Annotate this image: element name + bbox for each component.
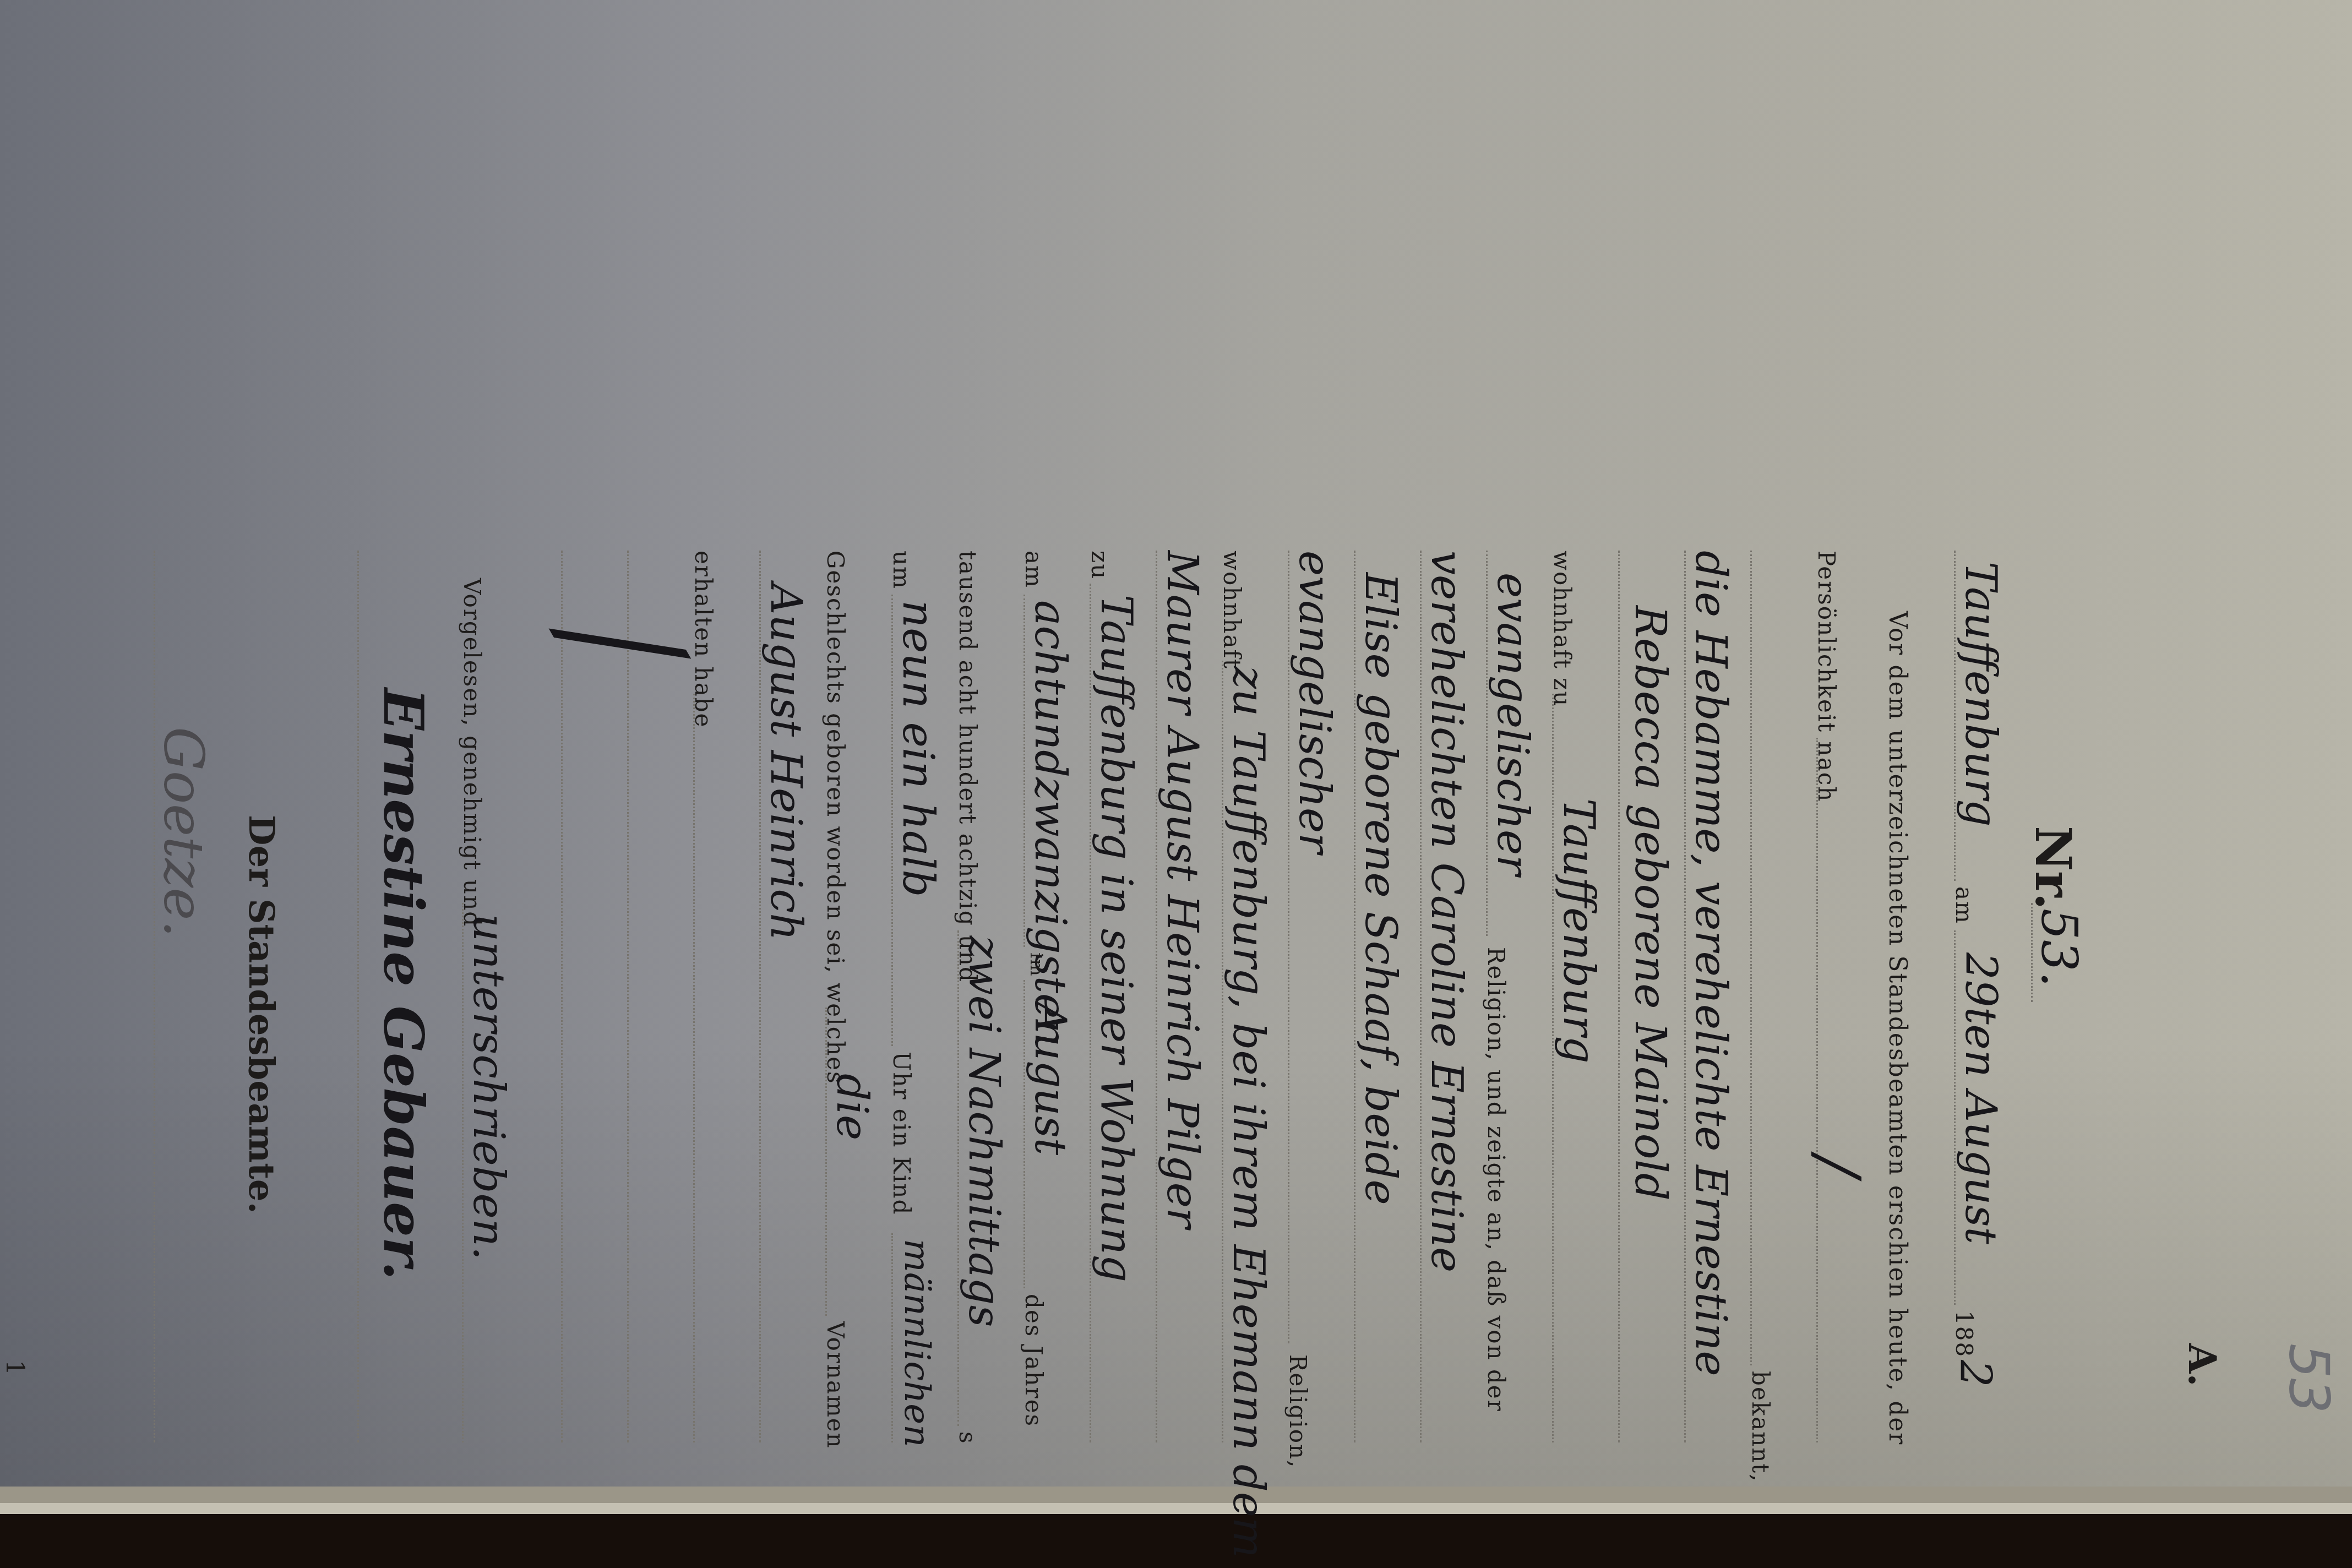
known-line	[1750, 551, 1752, 1365]
year-handwritten: 2	[1950, 1360, 2000, 1387]
informant-signature: Ernestine Gebauer.	[371, 688, 436, 1280]
year-printed: 188	[1951, 1310, 1978, 1358]
given-names-label: Vornamen	[822, 1321, 849, 1449]
thousand-suffix: s	[954, 1431, 981, 1445]
read-label: Vorgelesen, genehmigt und	[459, 578, 486, 927]
date-prefix: am	[1951, 886, 1978, 924]
residence-value: Tauffenburg	[1554, 798, 1603, 1064]
date-value: 29ten August	[1956, 952, 2005, 1244]
residence2-value: zu Tauffenburg, bei ihrem Ehemann dem	[1223, 666, 1273, 1558]
register-page: 53 A. Nr. 53. Tauffenburg am 29ten Augus…	[0, 0, 2352, 1568]
religion2-value: evangelischer	[1289, 551, 1339, 853]
day-label: am	[1020, 551, 1047, 589]
hour-value: neun ein halb	[893, 600, 943, 897]
residence-label: wohnhaft zu	[1549, 551, 1576, 707]
signature-line	[357, 551, 359, 1442]
blank-line-1	[627, 551, 629, 1442]
sex-value-2: die	[827, 1074, 876, 1140]
father-line: Maurer August Heinrich Pilger	[1157, 551, 1207, 1228]
folio-pencil-number: 53	[2277, 1343, 2341, 1413]
father-line-dots	[1156, 551, 1157, 1442]
intro-text: Vor dem unterzeichneten Standesbeamten e…	[1883, 611, 1912, 1445]
religion2-line	[1288, 551, 1289, 1343]
entry-number-label: Nr.	[2024, 826, 2082, 910]
mother-line-2	[1354, 551, 1355, 1442]
year-label: des Jahres	[1020, 1294, 1047, 1427]
sex-line-2	[825, 1008, 827, 1316]
identity-value: /	[1803, 1156, 1873, 1177]
received-line	[693, 694, 695, 1442]
mother-line1: verehelichten Caroline Ernestine	[1422, 551, 1471, 1272]
identity-line	[1816, 738, 1818, 1442]
official-signature: Goetze.	[151, 727, 216, 938]
official-signature-line	[154, 551, 155, 1442]
religion1-value: evangelischer	[1488, 573, 1537, 875]
thousand-label: tausend acht hundert achtzig und	[954, 551, 981, 983]
document-photo: 53 A. Nr. 53. Tauffenburg am 29ten Augus…	[0, 0, 2352, 1568]
mother-line-1	[1420, 551, 1422, 1442]
place-value: Tauffenburg	[1956, 562, 2005, 827]
month-label: im	[1026, 952, 1047, 977]
thousand-value: zwei Nachmittags	[959, 936, 1009, 1327]
informant-line1: die Hebamme, verehelichte Ernestine	[1686, 551, 1735, 1376]
sex-line	[891, 1233, 893, 1442]
given-names-value: August Heinrich	[761, 584, 810, 940]
residence2-label: wohnhaft	[1218, 551, 1245, 669]
sex-value: männlichen	[896, 1239, 937, 1447]
known-label: bekannt,	[1747, 1371, 1774, 1483]
informant-line2: Rebecca geborene Mainold	[1625, 606, 1675, 1201]
page-edge-strip	[0, 1503, 2352, 1514]
official-title: Der Standesbeamte.	[241, 815, 282, 1214]
register-letter: A.	[2180, 1343, 2225, 1387]
book-cover-edge	[0, 1514, 2352, 1568]
religion1-label: Religion, und zeigte an, daß von der	[1483, 947, 1510, 1412]
month-value: August	[1025, 1002, 1075, 1155]
hour-label: um	[888, 551, 915, 590]
informant-line-2	[1618, 551, 1620, 1442]
informant-line-1	[1684, 551, 1686, 1442]
day-value: achtundzwanzigsten	[1025, 600, 1075, 1047]
entry-number: 53.	[2030, 908, 2088, 987]
hour-suffix: Uhr ein Kind	[888, 1052, 915, 1215]
mother-line2: Elise geborene Schaaf, beide	[1355, 573, 1405, 1205]
read-value: unterschrieben.	[464, 914, 513, 1260]
at-value: Tauffenburg in seiner Wohnung	[1091, 595, 1141, 1282]
at-label: zu	[1086, 551, 1113, 580]
page-edge	[0, 1487, 2352, 1503]
religion2-label: Religion,	[1284, 1354, 1311, 1468]
sex-label: Geschlechts geboren worden sei, welches	[822, 551, 849, 1085]
page-number: 1	[1, 1360, 29, 1375]
